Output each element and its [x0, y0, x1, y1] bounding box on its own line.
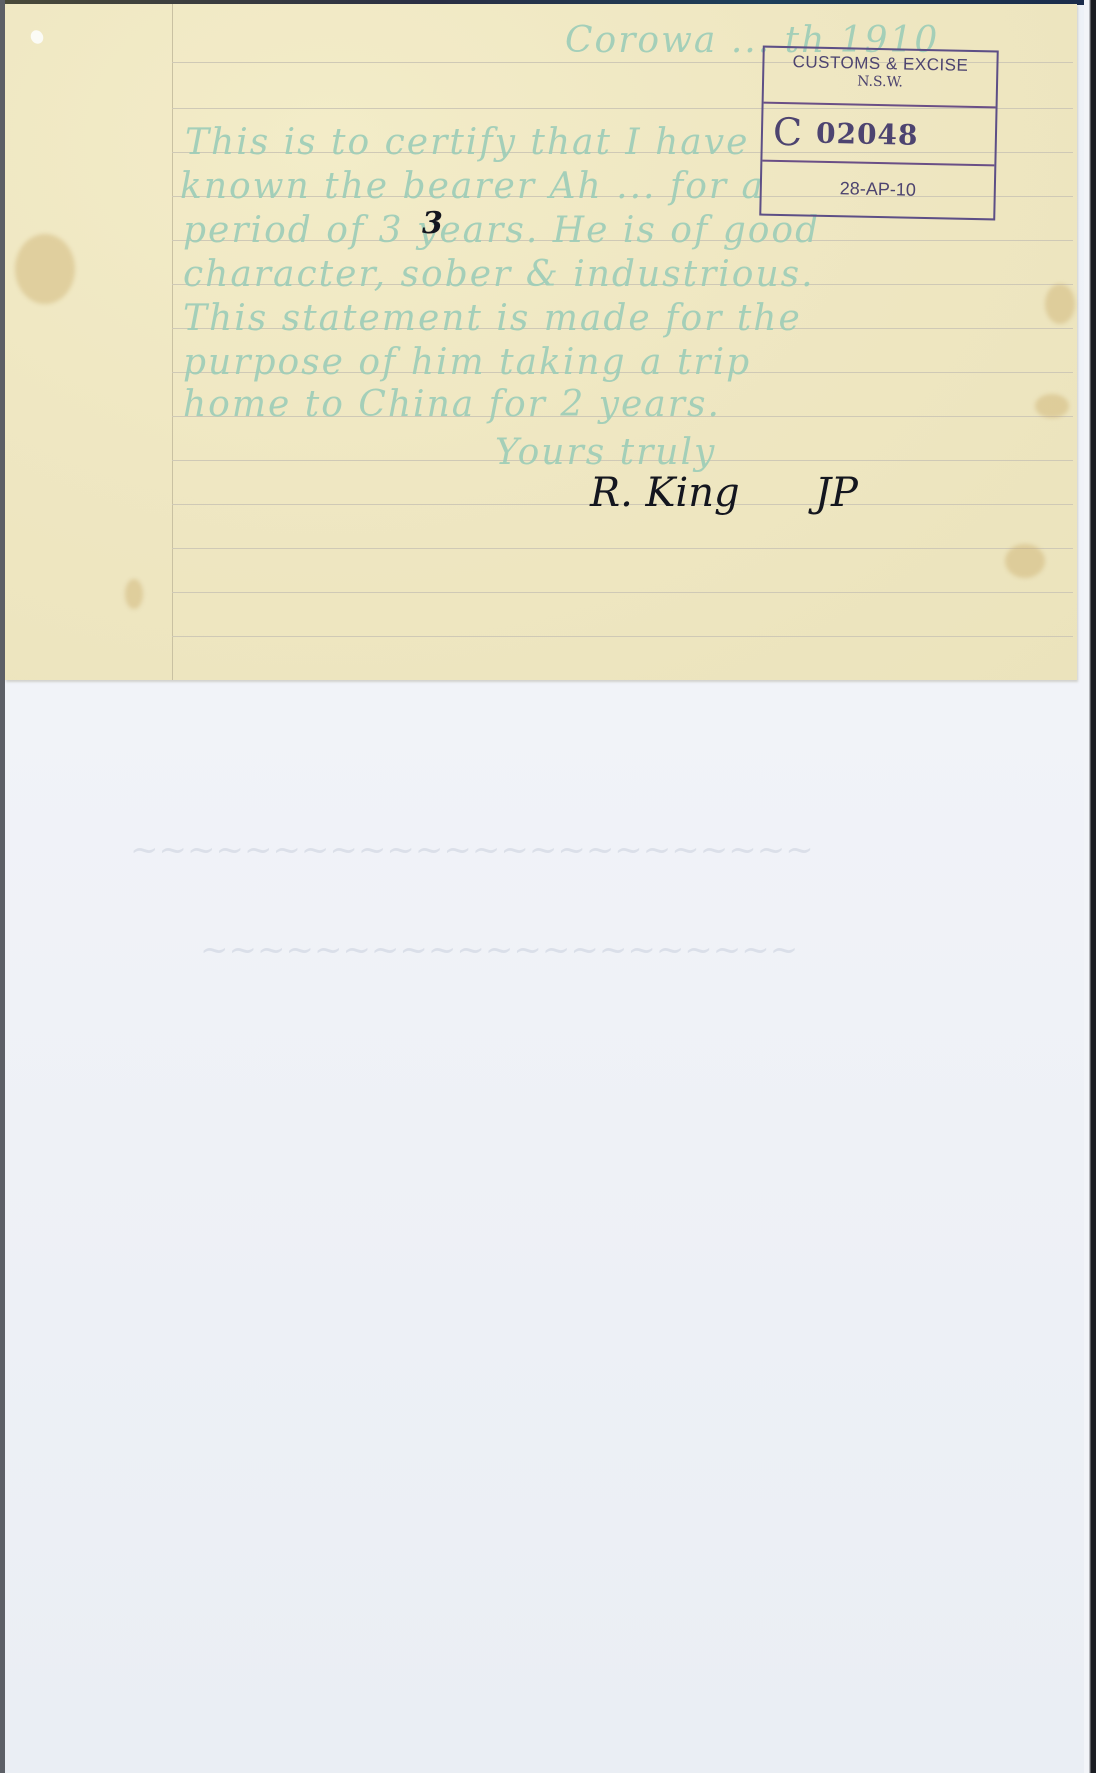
body-line-7: home to China for 2 years.	[183, 384, 721, 425]
bleed-through-text: ~~~~~~~~~~~~~~~~~~~~~~~~	[130, 830, 814, 870]
body-line-2: known the bearer Ah ... for a	[180, 166, 765, 207]
ruled-line	[172, 636, 1073, 637]
ruled-line	[172, 548, 1073, 549]
age-stain	[1045, 284, 1075, 324]
age-stain	[125, 579, 143, 609]
signature: R. King	[590, 470, 740, 516]
punch-hole	[28, 28, 45, 46]
body-line-4: character, sober & industrious.	[183, 254, 815, 295]
bleed-through-text: ~~~~~~~~~~~~~~~~~~~~~	[200, 930, 798, 970]
customs-stamp: CUSTOMS & EXCISE N.S.W. C 02048 28-AP-10	[759, 46, 999, 221]
age-stain	[15, 234, 75, 304]
body-line-5: This statement is made for the	[183, 298, 802, 339]
scan-right-edge	[1084, 0, 1096, 1773]
margin-line	[172, 4, 173, 680]
closing-line: Yours truly	[495, 432, 716, 473]
age-stain	[1005, 544, 1045, 578]
age-stain	[1035, 394, 1069, 418]
body-line-6: purpose of him taking a trip	[183, 342, 751, 383]
body-line-3: period of 3 years. He is of good	[183, 210, 820, 251]
signature-suffix: JP	[815, 470, 858, 516]
body-line-1: This is to certify that I have	[185, 122, 749, 163]
stamp-title: CUSTOMS & EXCISE	[764, 48, 996, 77]
ruled-line	[172, 592, 1073, 593]
stamp-number: 02048	[816, 116, 919, 151]
inserted-number: 3	[422, 206, 443, 241]
certificate-paper: Corowa ... th 1910 This is to certify th…	[5, 4, 1077, 680]
stamp-date: 28-AP-10	[761, 162, 994, 217]
stamp-series-letter: C	[773, 110, 803, 155]
